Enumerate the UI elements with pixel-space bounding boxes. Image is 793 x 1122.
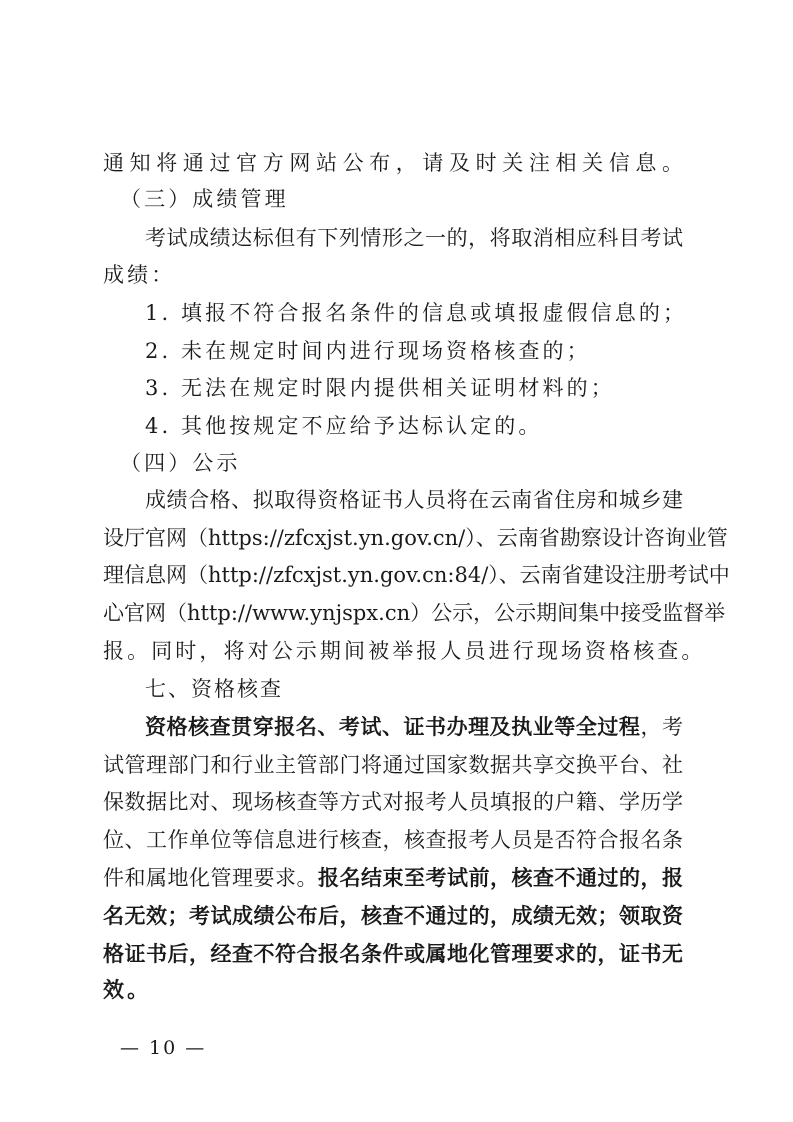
paragraph-line: 保数据比对、现场核查等方式对报考人员填报的户籍、学历学: [103, 789, 683, 815]
paragraph-line: 效。: [103, 977, 683, 1003]
section-heading-qualification-check: 七、资格核查: [145, 676, 683, 702]
list-item: 4. 其他按规定不应给予达标认定的。: [145, 413, 725, 439]
paragraph-line: 设厅官网（https://zfcxjst.yn.gov.cn/）、云南省勘察设计…: [103, 525, 683, 551]
page-number: — 10 —: [120, 1035, 206, 1061]
paragraph-line: 成绩合格、拟取得资格证书人员将在云南省住房和城乡建: [145, 487, 683, 513]
emphasis-text: 报名结束至考试前，核查不通过的，报: [318, 865, 683, 890]
paragraph-line: 位、工作单位等信息进行核查，核查报考人员是否符合报名条: [103, 827, 683, 853]
paragraph-line: 通知将通过官方网站公布，请及时关注相关信息。: [103, 150, 683, 176]
paragraph-line: 成绩：: [103, 262, 683, 288]
document-page: 通知将通过官方网站公布，请及时关注相关信息。 （三）成绩管理 考试成绩达标但有下…: [0, 0, 793, 1122]
paragraph-line: 报。同时，将对公示期间被举报人员进行现场资格核查。: [103, 638, 683, 664]
paragraph-line: 心官网（http://www.ynjspx.cn）公示，公示期间集中接受监督举: [103, 600, 683, 626]
paragraph-line: 资格核查贯穿报名、考试、证书办理及执业等全过程，考: [145, 714, 683, 740]
list-item: 2. 未在规定时间内进行现场资格核查的；: [145, 338, 725, 364]
paragraph-line: 名无效；考试成绩公布后，核查不通过的，成绩无效；领取资: [103, 903, 683, 929]
list-item: 1. 填报不符合报名条件的信息或填报虚假信息的；: [145, 300, 725, 326]
paragraph-line: 件和属地化管理要求。报名结束至考试前，核查不通过的，报: [103, 865, 683, 891]
paragraph-line: 格证书后，经查不符合报名条件或属地化管理要求的，证书无: [103, 941, 683, 967]
plain-text: 件和属地化管理要求。: [103, 866, 318, 890]
paragraph-line: 试管理部门和行业主管部门将通过国家数据共享交换平台、社: [103, 752, 683, 778]
section-heading-publicity: （四）公示: [120, 450, 700, 476]
emphasis-text: 资格核查贯穿报名、考试、证书办理及执业等全过程: [145, 714, 640, 739]
plain-text: ，考: [640, 715, 683, 739]
list-item: 3. 无法在规定时限内提供相关证明材料的；: [145, 375, 725, 401]
section-heading-score-management: （三）成绩管理: [120, 186, 700, 212]
paragraph-line: 理信息网（http://zfcxjst.yn.gov.cn:84/）、云南省建设…: [103, 562, 683, 588]
paragraph-line: 考试成绩达标但有下列情形之一的，将取消相应科目考试: [145, 225, 683, 251]
